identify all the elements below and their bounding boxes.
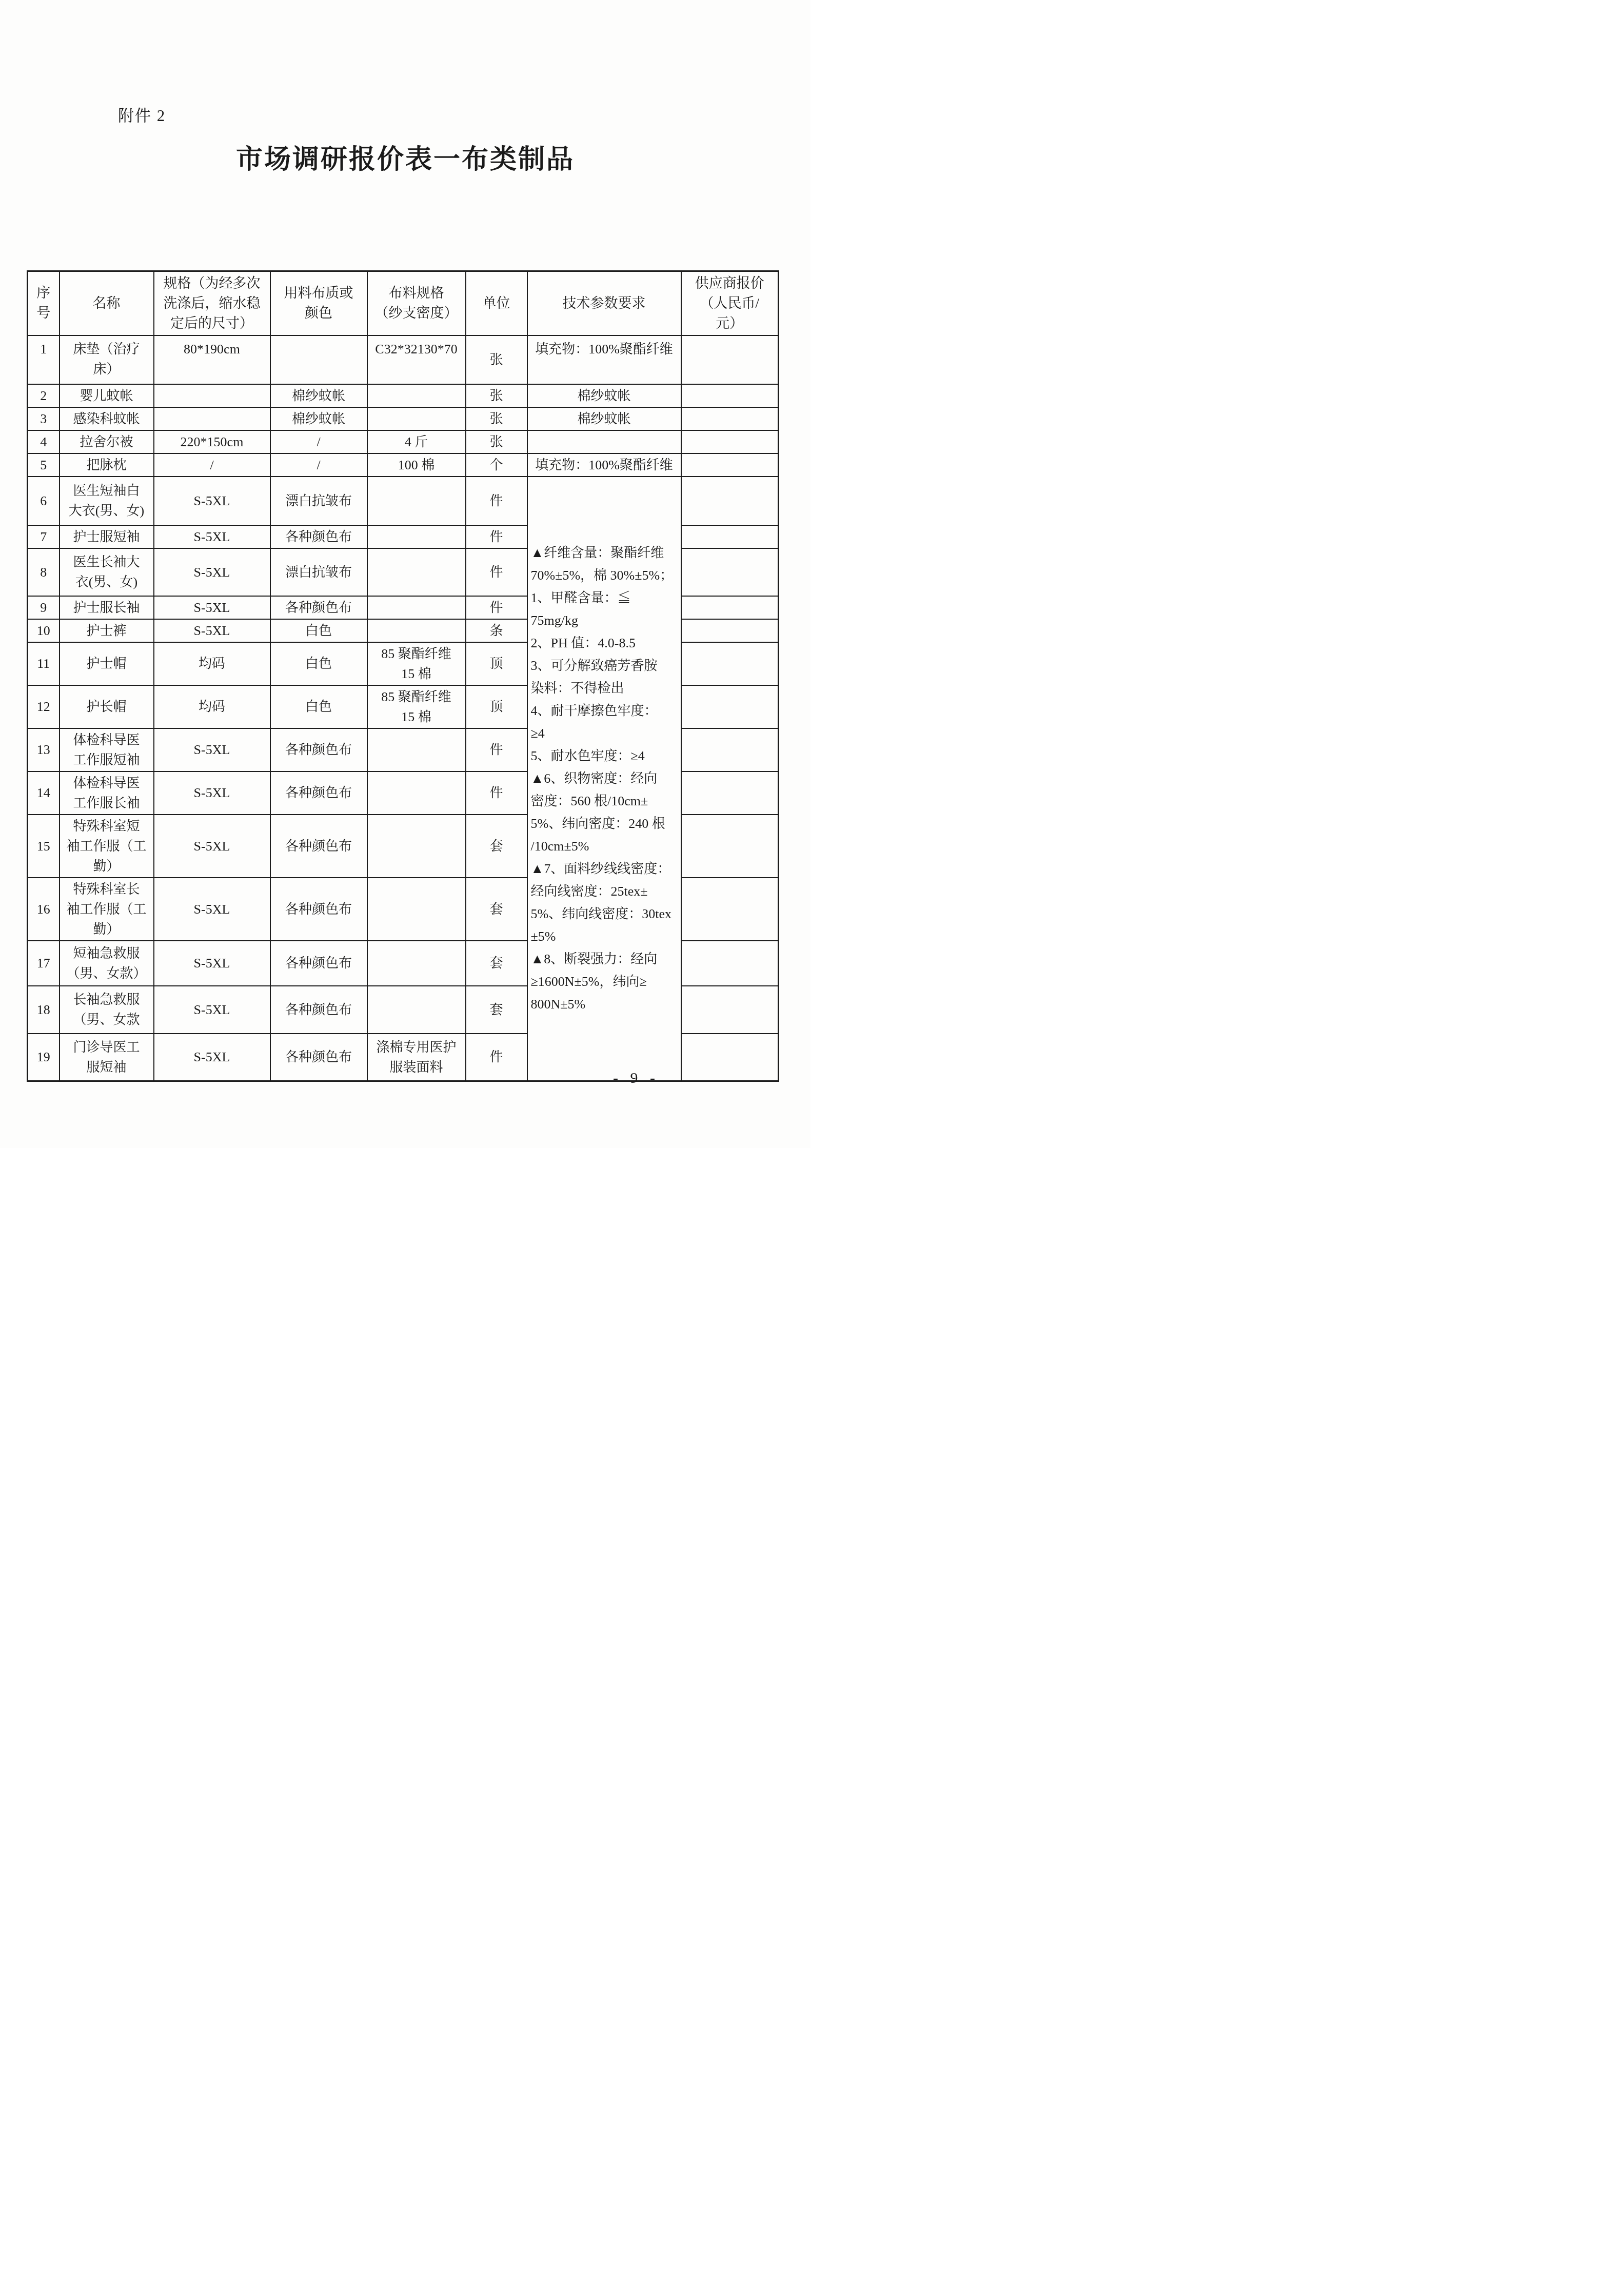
supplier-quote-cell (681, 642, 779, 685)
item-name-cell: 床垫（治疗 床） (60, 335, 154, 384)
material-cell: 各种颜色布 (270, 815, 367, 878)
header-supplier-quote: 供应商报价 （人民币/ 元） (681, 271, 779, 335)
unit-cell: 条 (466, 619, 527, 642)
supplier-quote-cell (681, 941, 779, 986)
row-number-cell: 4 (28, 430, 60, 453)
material-cell: 棉纱蚊帐 (270, 407, 367, 430)
row-number-cell: 6 (28, 477, 60, 525)
item-name-cell: 护士服长袖 (60, 596, 154, 619)
material-cell: 各种颜色布 (270, 771, 367, 815)
item-name-cell: 婴儿蚊帐 (60, 384, 154, 407)
row-number-cell: 15 (28, 815, 60, 878)
row-number-cell: 16 (28, 878, 60, 941)
fabric-spec-cell (367, 384, 466, 407)
header-tech-params: 技术参数要求 (527, 271, 681, 335)
row-number-cell: 14 (28, 771, 60, 815)
unit-cell: 件 (466, 477, 527, 525)
fabric-spec-cell (367, 477, 466, 525)
material-cell: 各种颜色布 (270, 941, 367, 986)
material-cell: / (270, 430, 367, 453)
item-name-cell: 长袖急救服 （男、女款 (60, 986, 154, 1034)
unit-cell: 件 (466, 596, 527, 619)
material-cell: 各种颜色布 (270, 596, 367, 619)
material-cell (270, 335, 367, 384)
header-unit: 单位 (466, 271, 527, 335)
row-number-cell: 2 (28, 384, 60, 407)
unit-cell: 套 (466, 986, 527, 1034)
material-cell: 白色 (270, 642, 367, 685)
spec-cell: 80*190cm (154, 335, 270, 384)
supplier-quote-cell (681, 685, 779, 728)
unit-cell: 件 (466, 728, 527, 771)
fabric-spec-cell (367, 986, 466, 1034)
table-row: 2婴儿蚊帐棉纱蚊帐张棉纱蚊帐 (28, 384, 779, 407)
supplier-quote-cell (681, 619, 779, 642)
item-name-cell: 体检科导医 工作服长袖 (60, 771, 154, 815)
fabric-spec-cell: C32*32130*70 (367, 335, 466, 384)
spec-cell: S-5XL (154, 771, 270, 815)
document-page: 附件 2 市场调研报价表一布类制品 序 号 名称 规格（为经多次 洗涤后，缩水稳… (0, 0, 810, 1148)
spec-cell: S-5XL (154, 941, 270, 986)
supplier-quote-cell (681, 596, 779, 619)
tech-params-text: ▲纤维含量：聚酯纤维 70%±5%，棉 30%±5%； 1、甲醛含量：≦ 75m… (531, 542, 678, 1016)
supplier-quote-cell (681, 1034, 779, 1081)
material-cell: / (270, 453, 367, 477)
unit-cell: 张 (466, 384, 527, 407)
spec-cell: / (154, 453, 270, 477)
material-cell: 各种颜色布 (270, 986, 367, 1034)
spec-cell: S-5XL (154, 525, 270, 548)
fabric-spec-cell (367, 941, 466, 986)
supplier-quote-cell (681, 430, 779, 453)
item-name-cell: 医生短袖白 大衣(男、女) (60, 477, 154, 525)
item-name-cell: 短袖急救服 （男、女款） (60, 941, 154, 986)
spec-cell (154, 407, 270, 430)
item-name-cell: 拉舍尔被 (60, 430, 154, 453)
unit-cell: 张 (466, 407, 527, 430)
spec-cell: S-5XL (154, 815, 270, 878)
row-number-cell: 17 (28, 941, 60, 986)
unit-cell: 件 (466, 771, 527, 815)
material-cell: 白色 (270, 619, 367, 642)
fabric-spec-cell (367, 548, 466, 596)
supplier-quote-cell (681, 815, 779, 878)
material-cell: 棉纱蚊帐 (270, 384, 367, 407)
spec-cell: S-5XL (154, 878, 270, 941)
fabric-spec-cell (367, 815, 466, 878)
item-name-cell: 医生长袖大 衣(男、女) (60, 548, 154, 596)
spec-cell: S-5XL (154, 619, 270, 642)
item-name-cell: 护士帽 (60, 642, 154, 685)
page-title: 市场调研报价表一布类制品 (0, 137, 810, 176)
item-name-cell: 护士裤 (60, 619, 154, 642)
item-name-cell: 护士服短袖 (60, 525, 154, 548)
material-cell: 漂白抗皱布 (270, 548, 367, 596)
item-name-cell: 把脉枕 (60, 453, 154, 477)
supplier-quote-cell (681, 878, 779, 941)
fabric-spec-cell (367, 878, 466, 941)
fabric-spec-cell (367, 525, 466, 548)
material-cell: 漂白抗皱布 (270, 477, 367, 525)
supplier-quote-cell (681, 525, 779, 548)
row-number-cell: 5 (28, 453, 60, 477)
fabric-spec-cell: 4 斤 (367, 430, 466, 453)
unit-cell: 件 (466, 548, 527, 596)
header-material: 用料布质或 颜色 (270, 271, 367, 335)
supplier-quote-cell (681, 728, 779, 771)
header-spec: 规格（为经多次 洗涤后，缩水稳 定后的尺寸） (154, 271, 270, 335)
table-header-row: 序 号 名称 规格（为经多次 洗涤后，缩水稳 定后的尺寸） 用料布质或 颜色 布… (28, 271, 779, 335)
fabric-spec-cell: 100 棉 (367, 453, 466, 477)
spec-cell: S-5XL (154, 477, 270, 525)
row-number-cell: 9 (28, 596, 60, 619)
supplier-quote-cell (681, 548, 779, 596)
item-name-cell: 门诊导医工 服短袖 (60, 1034, 154, 1081)
unit-cell: 件 (466, 1034, 527, 1081)
spec-cell: S-5XL (154, 728, 270, 771)
spec-cell: S-5XL (154, 548, 270, 596)
row-number-cell: 1 (28, 335, 60, 384)
row-number-cell: 10 (28, 619, 60, 642)
table-row: 1床垫（治疗 床）80*190cmC32*32130*70张填充物：100%聚酯… (28, 335, 779, 384)
unit-cell: 个 (466, 453, 527, 477)
page-number: - 9 - (613, 1070, 659, 1087)
material-cell: 各种颜色布 (270, 525, 367, 548)
fabric-spec-cell: 85 聚酯纤维 15 棉 (367, 642, 466, 685)
tech-params-merged-cell: ▲纤维含量：聚酯纤维 70%±5%，棉 30%±5%； 1、甲醛含量：≦ 75m… (527, 477, 681, 1081)
unit-cell: 件 (466, 525, 527, 548)
supplier-quote-cell (681, 335, 779, 384)
item-name-cell: 体检科导医 工作服短袖 (60, 728, 154, 771)
unit-cell: 顶 (466, 642, 527, 685)
spec-cell (154, 384, 270, 407)
table-row: 3感染科蚊帐棉纱蚊帐张棉纱蚊帐 (28, 407, 779, 430)
fabric-spec-cell: 涤棉专用医护 服装面料 (367, 1034, 466, 1081)
item-name-cell: 特殊科室长 袖工作服（工 勤） (60, 878, 154, 941)
spec-cell: S-5XL (154, 596, 270, 619)
unit-cell: 套 (466, 941, 527, 986)
tech-params-cell: 填充物：100%聚酯纤维 (527, 335, 681, 384)
row-number-cell: 11 (28, 642, 60, 685)
unit-cell: 套 (466, 878, 527, 941)
supplier-quote-cell (681, 384, 779, 407)
material-cell: 白色 (270, 685, 367, 728)
header-name: 名称 (60, 271, 154, 335)
unit-cell: 套 (466, 815, 527, 878)
table-row: 5把脉枕//100 棉个填充物：100%聚酯纤维 (28, 453, 779, 477)
supplier-quote-cell (681, 771, 779, 815)
row-number-cell: 19 (28, 1034, 60, 1081)
row-number-cell: 8 (28, 548, 60, 596)
tech-params-cell: 棉纱蚊帐 (527, 384, 681, 407)
row-number-cell: 18 (28, 986, 60, 1034)
material-cell: 各种颜色布 (270, 1034, 367, 1081)
spec-cell: 均码 (154, 685, 270, 728)
table-body: 1床垫（治疗 床）80*190cmC32*32130*70张填充物：100%聚酯… (28, 335, 779, 1081)
fabric-spec-cell (367, 728, 466, 771)
fabric-spec-cell (367, 407, 466, 430)
spec-cell: S-5XL (154, 986, 270, 1034)
header-fabric-spec: 布料规格 （纱支密度） (367, 271, 466, 335)
supplier-quote-cell (681, 986, 779, 1034)
tech-params-cell (527, 430, 681, 453)
spec-cell: 均码 (154, 642, 270, 685)
row-number-cell: 3 (28, 407, 60, 430)
item-name-cell: 感染科蚊帐 (60, 407, 154, 430)
tech-params-cell: 填充物：100%聚酯纤维 (527, 453, 681, 477)
supplier-quote-cell (681, 477, 779, 525)
material-cell: 各种颜色布 (270, 728, 367, 771)
item-name-cell: 护长帽 (60, 685, 154, 728)
fabric-spec-cell: 85 聚酯纤维 15 棉 (367, 685, 466, 728)
fabric-spec-cell (367, 619, 466, 642)
material-cell: 各种颜色布 (270, 878, 367, 941)
supplier-quote-cell (681, 453, 779, 477)
unit-cell: 顶 (466, 685, 527, 728)
row-number-cell: 7 (28, 525, 60, 548)
header-index: 序 号 (28, 271, 60, 335)
item-name-cell: 特殊科室短 袖工作服（工 勤） (60, 815, 154, 878)
row-number-cell: 12 (28, 685, 60, 728)
quotation-table: 序 号 名称 规格（为经多次 洗涤后，缩水稳 定后的尺寸） 用料布质或 颜色 布… (27, 270, 779, 1082)
fabric-spec-cell (367, 771, 466, 815)
supplier-quote-cell (681, 407, 779, 430)
tech-params-cell: 棉纱蚊帐 (527, 407, 681, 430)
unit-cell: 张 (466, 430, 527, 453)
attachment-label: 附件 2 (118, 103, 166, 126)
row-number-cell: 13 (28, 728, 60, 771)
table-row: 4拉舍尔被220*150cm/4 斤张 (28, 430, 779, 453)
unit-cell: 张 (466, 335, 527, 384)
fabric-spec-cell (367, 596, 466, 619)
spec-cell: 220*150cm (154, 430, 270, 453)
spec-cell: S-5XL (154, 1034, 270, 1081)
table-row: 6医生短袖白 大衣(男、女)S-5XL漂白抗皱布件▲纤维含量：聚酯纤维 70%±… (28, 477, 779, 525)
